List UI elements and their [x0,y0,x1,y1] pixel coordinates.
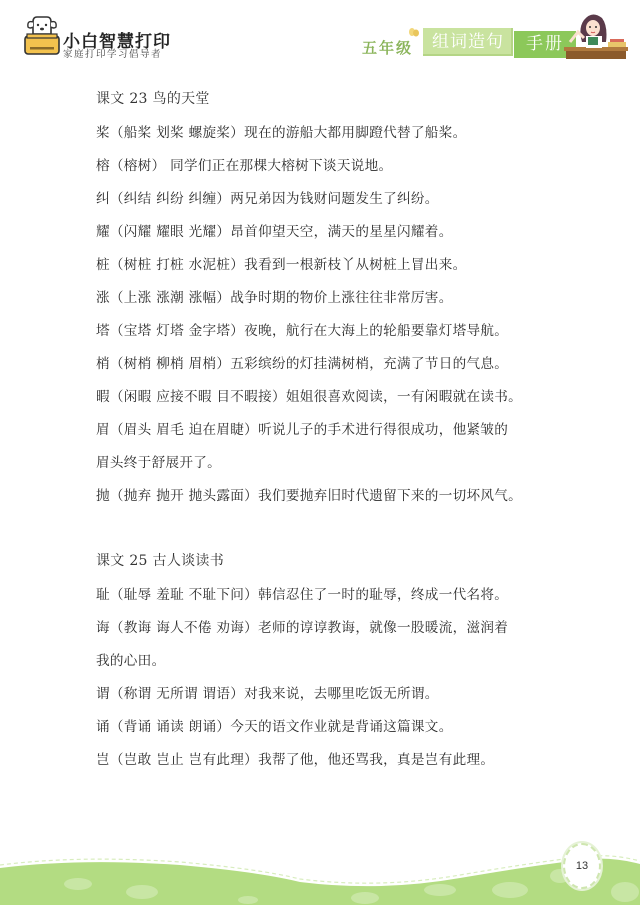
book-title-part1: 组词造句 [423,28,513,56]
dog-printer-logo-icon [22,14,62,56]
entry-line: 诵（背诵 诵读 朗诵）今天的语文作业就是背诵这篇课文。 [96,715,453,735]
entry-line: 暇（闲暇 应接不暇 目不暇接）姐姐很喜欢阅读，一有闲暇就在读书。 [96,385,522,405]
page-number: 13 [563,843,601,889]
entry-line: 岂（岂敢 岂止 岂有此理）我帮了他，他还骂我，真是岂有此理。 [96,748,494,768]
entry-line: 塔（宝塔 灯塔 金字塔）夜晚，航行在大海上的轮船要靠灯塔导航。 [96,319,508,339]
entry-line: 桩（树桩 打桩 水泥桩）我看到一根新枝丫从树桩上冒出来。 [96,253,466,273]
section-heading: 课文 25 古人谈读书 [96,550,224,570]
entry-line: 榕（榕树） 同学们正在那棵大榕树下谈天说地。 [96,154,392,174]
entry-line-continued: 眉头终于舒展开了。 [96,451,221,471]
grade-label: 五年级 [362,37,413,58]
brand-slogan: 家庭打印学习倡导者 [63,46,162,60]
entry-line: 桨（船桨 划桨 螺旋桨）现在的游船大都用脚蹬代替了船桨。 [96,121,466,141]
entry-line: 诲（教诲 诲人不倦 劝诲）老师的谆谆教诲，就像一股暖流，滋润着 [96,616,508,636]
entry-line: 耻（耻辱 羞耻 不耻下问）韩信忍住了一时的耻辱，终成一代名将。 [96,583,508,603]
entry-line: 纠（纠结 纠纷 纠缠）两兄弟因为钱财问题发生了纠纷。 [96,187,439,207]
entry-line: 谓（称谓 无所谓 谓语）对我来说，去哪里吃饭无所谓。 [96,682,439,702]
entry-line: 眉（眉头 眉毛 迫在眉睫）听说儿子的手术进行得很成功，他紧皱的 [96,418,508,438]
entry-line: 抛（抛弃 抛开 抛头露面）我们要抛弃旧时代遗留下来的一切坏风气。 [96,484,522,504]
section-heading: 课文 23 鸟的天堂 [96,88,210,108]
entry-line-continued: 我的心田。 [96,649,165,669]
grass-footer-decoration [0,820,640,905]
page-header: 小白智慧打印 家庭打印学习倡导者 五年级 组词造句 手册 [0,0,640,70]
entry-line: 耀（闪耀 耀眼 光耀）昂首仰望天空，满天的星星闪耀着。 [96,220,453,240]
entry-line: 梢（树梢 柳梢 眉梢）五彩缤纷的灯挂满树梢，充满了节日的气息。 [96,352,508,372]
entry-line: 涨（上涨 涨潮 涨幅）战争时期的物价上涨往往非常厉害。 [96,286,453,306]
butterfly-icon [408,27,420,39]
reading-girl-illustration-icon [562,12,632,60]
